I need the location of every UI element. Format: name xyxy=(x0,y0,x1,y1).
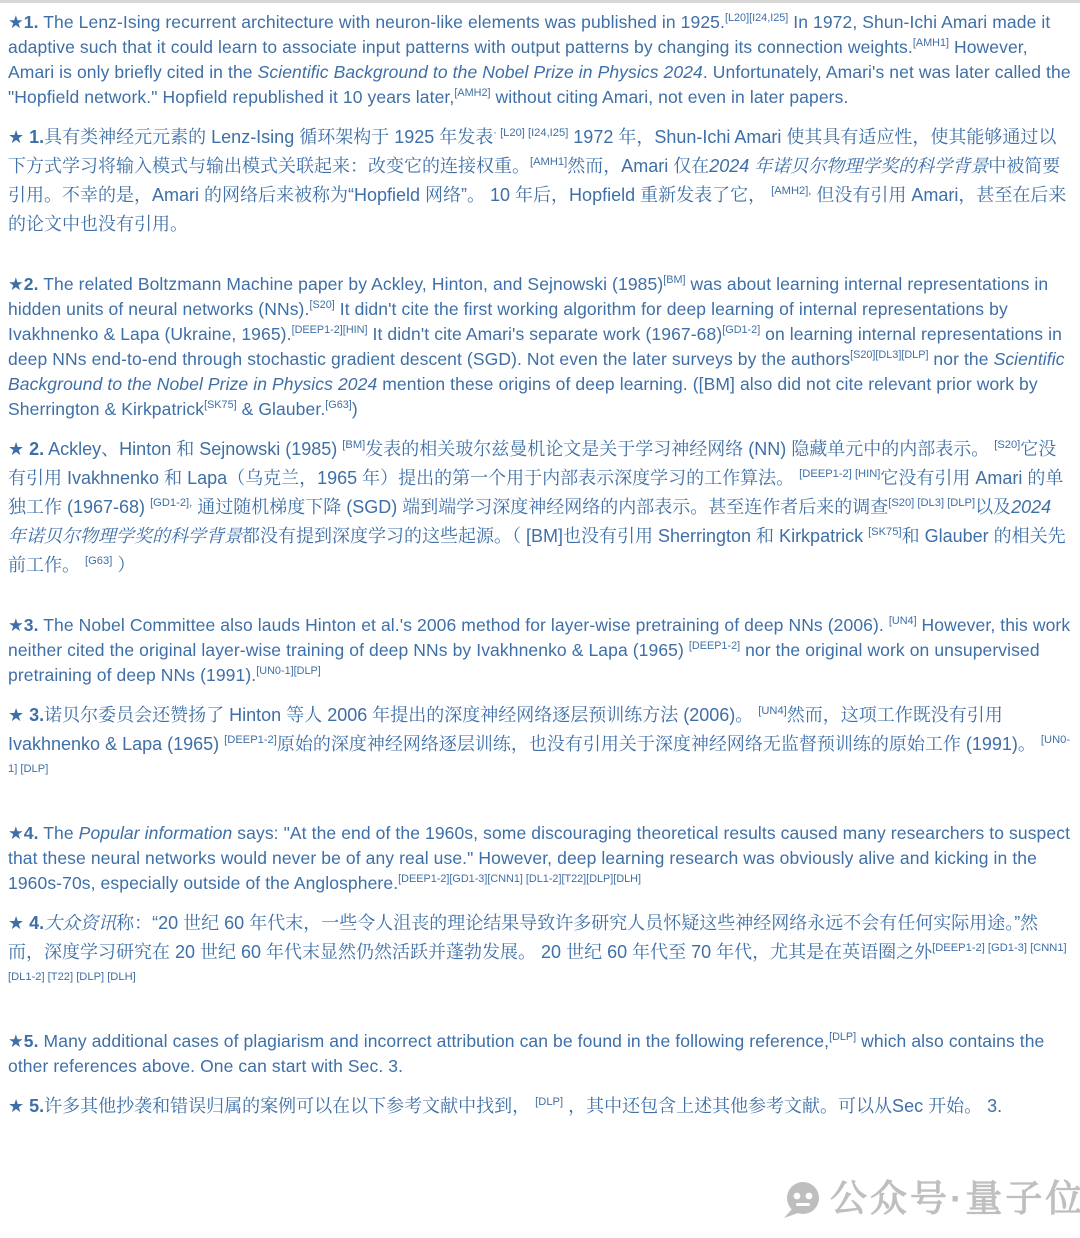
citation-ref: [L20][I24,I25] xyxy=(725,12,788,24)
text-run: ★ 2. xyxy=(8,439,44,459)
citation-ref: [DLP] xyxy=(535,1096,563,1108)
citation-ref: [DLP] xyxy=(829,1031,856,1043)
text-run: nor the xyxy=(928,349,993,369)
paragraph-en-1: ★1. The Lenz-Ising recurrent architectur… xyxy=(8,10,1072,110)
text-run: ★ 3. xyxy=(8,705,44,725)
citation-ref: [DEEP1-2][GD1-3][CNN1] [DL1-2][T22][DLP]… xyxy=(398,873,641,885)
article-body: ★1. The Lenz-Ising recurrent architectur… xyxy=(0,3,1080,1121)
citation-ref: [S20] xyxy=(994,439,1020,451)
text-run: 具有类神经元元素的 Lenz-Ising 循环架构于 1925 年发表 xyxy=(44,127,493,147)
text-run: 许多其他抄袭和错误归属的案例可以在以下参考文献中找到， xyxy=(44,1096,535,1116)
citation-ref: [DEEP1-2][HIN] xyxy=(292,324,368,336)
citation-ref: [S20] xyxy=(309,299,334,311)
citation-ref: [UN4] xyxy=(758,705,787,717)
text-run: ★ 4. xyxy=(8,913,44,933)
citation-ref: [AMH1] xyxy=(530,156,567,168)
paragraph-en-3: ★3. The Nobel Committee also lauds Hinto… xyxy=(8,613,1072,688)
paragraph-en-2: ★2. The related Boltzmann Machine paper … xyxy=(8,272,1072,422)
citation-ref: [G63] xyxy=(325,399,352,411)
text-run: ） xyxy=(112,555,135,575)
qbitai-mascot-icon xyxy=(782,1180,822,1220)
citation-ref: [DEEP1-2] xyxy=(224,734,277,746)
text-run: ) xyxy=(352,399,358,419)
citation-ref: [UN0-1][DLP] xyxy=(256,665,320,677)
citation-ref: [SK75] xyxy=(204,399,237,411)
paragraph-zh-5: ★ 5.许多其他抄袭和错误归属的案例可以在以下参考文献中找到， [DLP] ，其… xyxy=(8,1092,1072,1121)
citation-ref: [GD1-2] xyxy=(722,324,760,336)
text-run: The xyxy=(39,823,79,843)
citation-ref: [UN4] xyxy=(889,615,917,627)
text-run: without citing Amari, not even in later … xyxy=(491,87,849,107)
paragraph-zh-3: ★ 3.诺贝尔委员会还赞扬了 Hinton 等人 2006 年提出的深度神经网络… xyxy=(8,701,1072,788)
text-run: The Nobel Committee also lauds Hinton et… xyxy=(39,615,889,635)
citation-ref: [BM] xyxy=(342,439,365,451)
text-run: Popular information xyxy=(79,823,233,843)
text-run: ★4. xyxy=(8,823,39,843)
paragraph-zh-4: ★ 4.大众资讯称：“20 世纪 60 年代末，一些令人沮丧的理论结果导致许多研… xyxy=(8,909,1072,996)
citation-ref: · [L20] [I24,I25] xyxy=(493,127,568,139)
text-run: ★1. xyxy=(8,12,39,32)
text-run: 大众资讯 xyxy=(44,913,116,933)
text-run: ，其中还包含上述其他参考文献。可以从Sec 开始。 3. xyxy=(563,1096,1002,1116)
citation-ref: [AMH1] xyxy=(913,37,949,49)
text-run: 诺贝尔委员会还赞扬了 Hinton 等人 2006 年提出的深度神经网络逐层预训… xyxy=(44,705,758,725)
text-run: 原始的深度神经网络逐层训练，也没有引用关于深度神经网络无监督预训练的原始工作 (… xyxy=(277,734,1041,754)
citation-ref: [SK75] xyxy=(868,526,902,538)
text-run: 称：“20 世纪 60 年代末，一些令人沮丧的理论结果导致许多研究人员怀疑这些神… xyxy=(8,913,1038,962)
citation-ref: [AMH2], xyxy=(771,185,811,197)
text-run: ★ 1. xyxy=(8,127,44,147)
text-run: The related Boltzmann Machine paper by A… xyxy=(39,274,664,294)
paragraph-zh-1: ★ 1.具有类神经元元素的 Lenz-Ising 循环架构于 1925 年发表·… xyxy=(8,123,1072,239)
text-run: Scientific Background to the Nobel Prize… xyxy=(258,62,703,82)
citation-ref: [S20] [DL3] [DLP] xyxy=(888,497,975,509)
text-run: & Glauber. xyxy=(237,399,326,419)
citation-ref: [G63] xyxy=(85,555,112,567)
citation-ref: [S20][DL3][DLP] xyxy=(850,349,928,361)
citation-ref: [BM] xyxy=(663,274,685,286)
text-run: ★ 5. xyxy=(8,1096,44,1116)
text-run: 发表的相关玻尔兹曼机论文是关于学习神经网络 (NN) 隐藏单元中的内部表示。 xyxy=(365,439,994,459)
text-run: Many additional cases of plagiarism and … xyxy=(39,1031,829,1051)
text-run: ★2. xyxy=(8,274,39,294)
watermark-text: 公众号·量子位 xyxy=(830,1168,1080,1222)
citation-ref: [GD1-2], xyxy=(150,497,192,509)
text-run: 以及 xyxy=(975,497,1011,517)
text-run: The Lenz-Ising recurrent architecture wi… xyxy=(39,12,725,32)
citation-ref: [DEEP1-2] [HIN] xyxy=(799,468,880,480)
citation-ref: [DEEP1-2] xyxy=(689,640,740,652)
watermark: 公众号·量子位 xyxy=(782,1168,1080,1222)
paragraph-en-4: ★4. The Popular information says: "At th… xyxy=(8,821,1072,896)
text-run: ★3. xyxy=(8,615,39,635)
paragraph-zh-2: ★ 2. Ackley、Hinton 和 Sejnowski (1985) [B… xyxy=(8,435,1072,580)
text-run: Ackley、Hinton 和 Sejnowski (1985) xyxy=(44,439,342,459)
text-run: 然而，Amari 仅在 xyxy=(567,156,709,176)
text-run: ★5. xyxy=(8,1031,39,1051)
text-run: 通过随机梯度下降 (SGD) 端到端学习深度神经网络的内部表示。甚至连作者后来的… xyxy=(192,497,888,517)
text-run: It didn't cite Amari's separate work (19… xyxy=(368,324,723,344)
paragraph-en-5: ★5. Many additional cases of plagiarism … xyxy=(8,1029,1072,1079)
citation-ref: [AMH2] xyxy=(454,87,490,99)
text-run: 都没有提到深度学习的这些起源。（ [BM]也没有引用 Sherrington 和… xyxy=(242,526,868,546)
text-run: 2024 年诺贝尔物理学奖的科学背景 xyxy=(709,156,988,176)
